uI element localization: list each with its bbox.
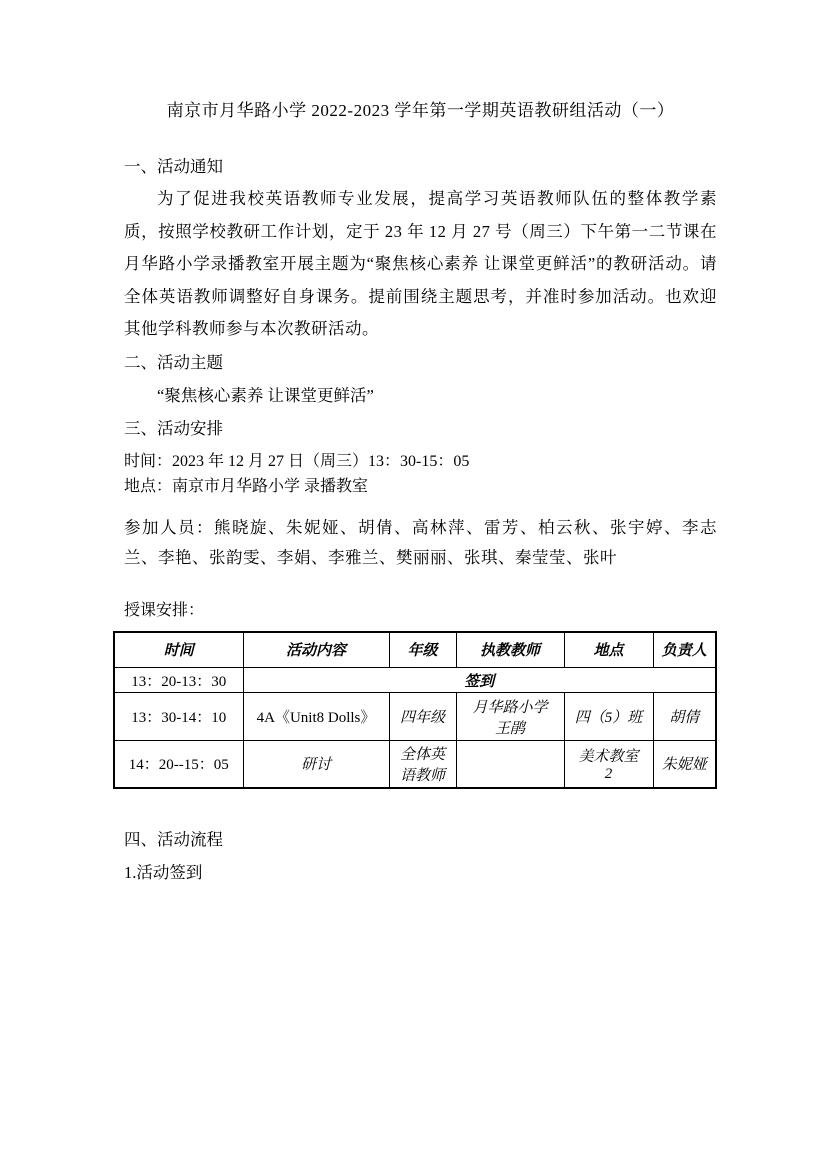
time-line: 时间：2023 年 12 月 27 日（周三）13：30-15：05 bbox=[124, 449, 717, 474]
flow-item-1: 1.活动签到 bbox=[124, 853, 717, 893]
signin-merged-cell: 签到 bbox=[243, 668, 716, 693]
section2-heading: 二、活动主题 bbox=[124, 346, 717, 379]
section3-heading: 三、活动安排 bbox=[124, 412, 717, 445]
header-cell-place: 地点 bbox=[564, 632, 653, 668]
schedule-table: 时间 活动内容 年级 执教教师 地点 负责人 13：20-13：30 签到 13… bbox=[113, 631, 717, 789]
place-line: 地点：南京市月华路小学 录播教室 bbox=[124, 474, 717, 499]
signin-time-cell: 13：20-13：30 bbox=[114, 668, 243, 693]
header-cell-time: 时间 bbox=[114, 632, 243, 668]
header-cell-owner: 负责人 bbox=[653, 632, 716, 668]
discussion-time-cell: 14：20--15：05 bbox=[114, 741, 243, 788]
lesson-time-cell: 13：30-14：10 bbox=[114, 693, 243, 741]
header-cell-content: 活动内容 bbox=[243, 632, 389, 668]
document-page: 南京市月华路小学 2022-2023 学年第一学期英语教研组活动（一） 一、活动… bbox=[0, 0, 827, 1170]
lesson-teacher-cell: 月华路小学 王鹃 bbox=[456, 693, 564, 741]
discussion-grade-cell: 全体英 语教师 bbox=[389, 741, 456, 788]
section4-heading: 四、活动流程 bbox=[124, 827, 717, 853]
lesson-content-cell: 4A《Unit8 Dolls》 bbox=[243, 693, 389, 741]
table-row-lesson: 13：30-14：10 4A《Unit8 Dolls》 四年级 月华路小学 王鹃… bbox=[114, 693, 716, 741]
discussion-place-cell: 美术教室 2 bbox=[564, 741, 653, 788]
schedule-label: 授课安排： bbox=[124, 599, 717, 623]
participants-line: 参加人员：熊晓旋、朱妮娅、胡倩、高林萍、雷芳、柏云秋、张宇婷、李志兰、李艳、张韵… bbox=[124, 513, 717, 573]
activity-theme: “聚焦核心素养 让课堂更鲜活” bbox=[124, 379, 717, 412]
document-body: 南京市月华路小学 2022-2023 学年第一学期英语教研组活动（一） 一、活动… bbox=[0, 0, 827, 893]
section1-heading: 一、活动通知 bbox=[124, 150, 717, 183]
discussion-owner-cell: 朱妮娅 bbox=[653, 741, 716, 788]
table-header-row: 时间 活动内容 年级 执教教师 地点 负责人 bbox=[114, 632, 716, 668]
lesson-place-cell: 四（5）班 bbox=[564, 693, 653, 741]
lesson-owner-cell: 胡倩 bbox=[653, 693, 716, 741]
discussion-content-cell: 研讨 bbox=[243, 741, 389, 788]
table-row-discussion: 14：20--15：05 研讨 全体英 语教师 美术教室 2 朱妮娅 bbox=[114, 741, 716, 788]
lesson-grade-cell: 四年级 bbox=[389, 693, 456, 741]
section1-paragraph: 为了促进我校英语教师专业发展，提高学习英语教师队伍的整体教学素质，按照学校教研工… bbox=[124, 183, 717, 346]
document-title: 南京市月华路小学 2022-2023 学年第一学期英语教研组活动（一） bbox=[124, 100, 717, 122]
header-cell-grade: 年级 bbox=[389, 632, 456, 668]
discussion-teacher-cell bbox=[456, 741, 564, 788]
header-cell-teacher: 执教教师 bbox=[456, 632, 564, 668]
time-place-block: 时间：2023 年 12 月 27 日（周三）13：30-15：05 地点：南京… bbox=[124, 449, 717, 499]
table-row-signin: 13：20-13：30 签到 bbox=[114, 668, 716, 693]
